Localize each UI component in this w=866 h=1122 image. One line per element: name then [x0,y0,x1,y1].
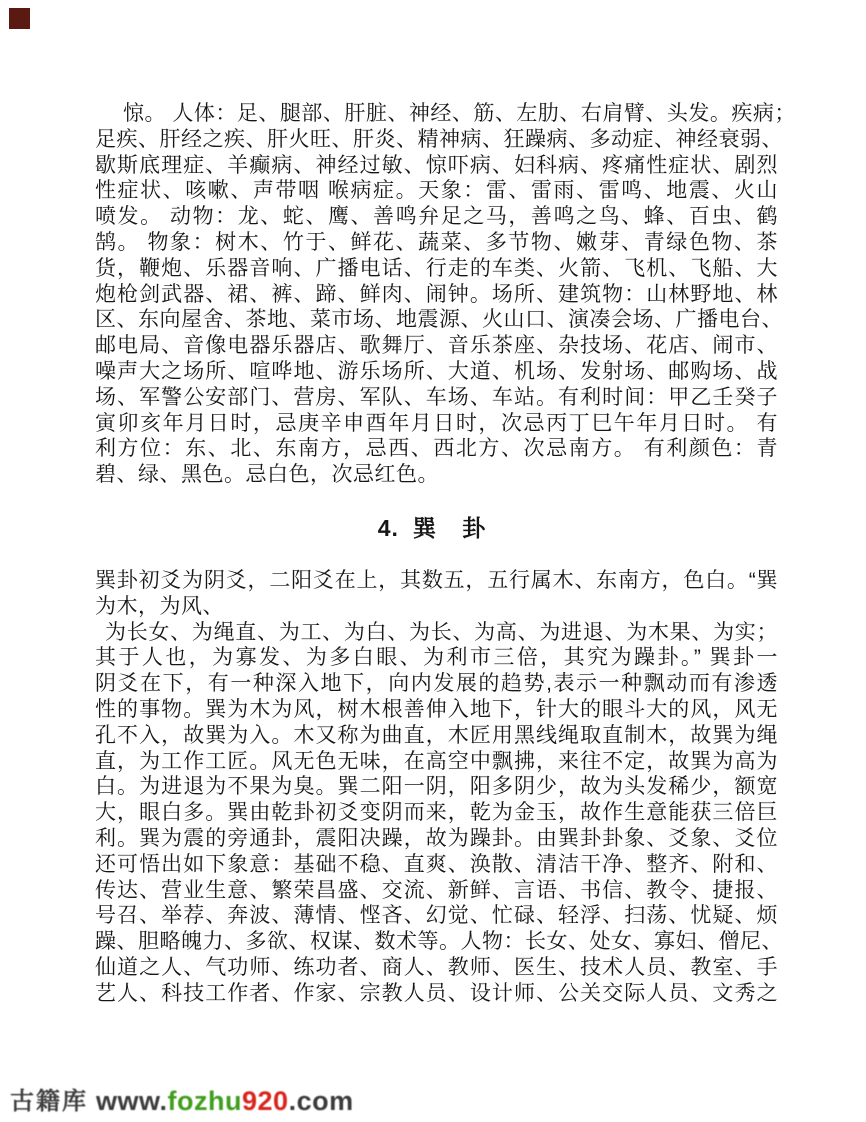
section-heading: 4.巽 卦 [95,513,778,543]
section-number: 4. [378,515,399,541]
body-section-paragraph: 巽卦初爻为阴爻，二阳爻在上，其数五，五行属木、东南方，色白。“巽 为木，为风、 … [95,568,778,1007]
text-line: 为长女、为绳直、为工、为白、为长、为高、为进退、为木果、为实； [95,620,778,646]
page-text-block: 惊。 人体：足、腿部、肝脏、神经、筋、左肋、右肩臂、头发。疾病； 足疾、肝经之疾… [95,101,778,1007]
watermark-url-www: www. [96,1086,168,1116]
text-line: 直，为工作工匠。风无色无味，在高空中飘拂，来往不定，故巽为高为 [95,749,778,775]
text-line: 鹄。 物象：树木、竹于、鲜花、蔬菜、多节物、嫩芽、青绿色物、茶 [95,230,778,256]
text-line: 喷发。 动物：龙、蛇、鹰、善鸣弁足之马，善鸣之鸟、蜂、百虫、鹤 [95,204,778,230]
text-line: 仙道之人、气功师、练功者、商人、教师、医生、技术人员、教室、手 [95,955,778,981]
text-line: 孔不入，故巽为入。木又称为曲直，木匠用黑线绳取直制木，故巽为绳 [95,723,778,749]
text-line: 足疾、肝经之疾、肝火旺、肝炎、精神病、狂躁病、多动症、神经衰弱、 [95,127,778,153]
text-line: 为木，为风、 [95,594,778,620]
text-line: 利方位：东、北、东南方，忌西、西北方、次忌南方。 有利颜色：青 [95,436,778,462]
text-line: 场、军警公安部门、营房、军队、车场、车站。有利时间：甲乙壬癸子 [95,385,778,411]
watermark-site-name: 古籍库 [10,1088,88,1115]
watermark-url-920: 920 [242,1086,289,1116]
text-line: 大，眼白多。巽由乾卦初爻变阴而来，乾为金玉，故作生意能获三倍巨 [95,800,778,826]
text-line: 寅卯亥年月日时，忌庚辛申酉年月日时，次忌丙丁巳午年月日时。 有 [95,411,778,437]
text-line: 其于人也，为寡发、为多白眼、为利市三倍，其究为躁卦。” 巽卦一 [95,645,778,671]
text-line: 碧、绿、黑色。忌白色，次忌红色。 [95,462,778,488]
text-line: 货，鞭炮、乐器音响、广播电话、行走的车类、火箭、飞机、飞船、大 [95,256,778,282]
text-line: 炮枪剑武器、裙、裤、蹄、鲜肉、闹钟。场所、建筑物：山林野地、林 [95,282,778,308]
text-line: 性症状、咳嗽、声带咽 喉病症。天象：雷、雷雨、雷鸣、地震、火山 [95,178,778,204]
text-line: 传达、营业生意、繁荣昌盛、交流、新鲜、言语、书信、教令、捷报、 [95,878,778,904]
watermark-url-fozhu: fozhu [168,1086,242,1116]
scanned-document-page: 惊。 人体：足、腿部、肝脏、神经、筋、左肋、右肩臂、头发。疾病； 足疾、肝经之疾… [0,0,866,1122]
previous-section-paragraph: 惊。 人体：足、腿部、肝脏、神经、筋、左肋、右肩臂、头发。疾病； 足疾、肝经之疾… [95,101,778,488]
text-line: 还可悟出如下象意：基础不稳、直爽、涣散、清洁干净、整齐、附和、 [95,852,778,878]
text-line: 白。为进退为不果为臭。巽二阳一阴，阳多阴少，故为头发稀少，额宽 [95,774,778,800]
text-line: 巽卦初爻为阴爻，二阳爻在上，其数五，五行属木、东南方，色白。“巽 [95,568,778,594]
text-line: 性的事物。巽为木为风，树木根善伸入地下，针大的眼斗大的风，风无 [95,697,778,723]
corner-stamp [9,8,30,29]
text-line: 惊。 人体：足、腿部、肝脏、神经、筋、左肋、右肩臂、头发。疾病； [95,101,778,127]
watermark-url-com: .com [289,1086,354,1116]
text-line: 噪声大之场所、喧哗地、游乐场所、大道、机场、发射场、邮购场、战 [95,359,778,385]
text-line: 歇斯底理症、羊癫病、神经过敏、惊吓病、妇科病、疼痛性症状、剧烈 [95,153,778,179]
section-title: 巽 卦 [413,515,495,541]
text-line: 区、东向屋舍、茶地、菜市场、地震源、火山口、演凑会场、广播电台、 [95,307,778,333]
text-line: 邮电局、音像电器乐器店、歌舞厅、音乐茶座、杂技场、花店、闹市、 [95,333,778,359]
text-line: 利。巽为震的旁通卦，震阳决躁，故为躁卦。由巽卦卦象、爻象、爻位 [95,826,778,852]
text-line: 艺人、科技工作者、作家、宗教人员、设计师、公关交际人员、文秀之 [95,981,778,1007]
text-line: 躁、胆略魄力、多欲、权谋、数术等。人物：长女、处女、寡妇、僧尼、 [95,929,778,955]
site-watermark: 古籍库www.fozhu920.com [10,1081,354,1117]
text-line: 阴爻在下，有一种深入地下，向内发展的趋势,表示一种飘动而有渗透 [95,671,778,697]
text-line: 号召、举荐、奔波、薄情、悭吝、幻觉、忙碌、轻浮、扫荡、忧疑、烦 [95,903,778,929]
